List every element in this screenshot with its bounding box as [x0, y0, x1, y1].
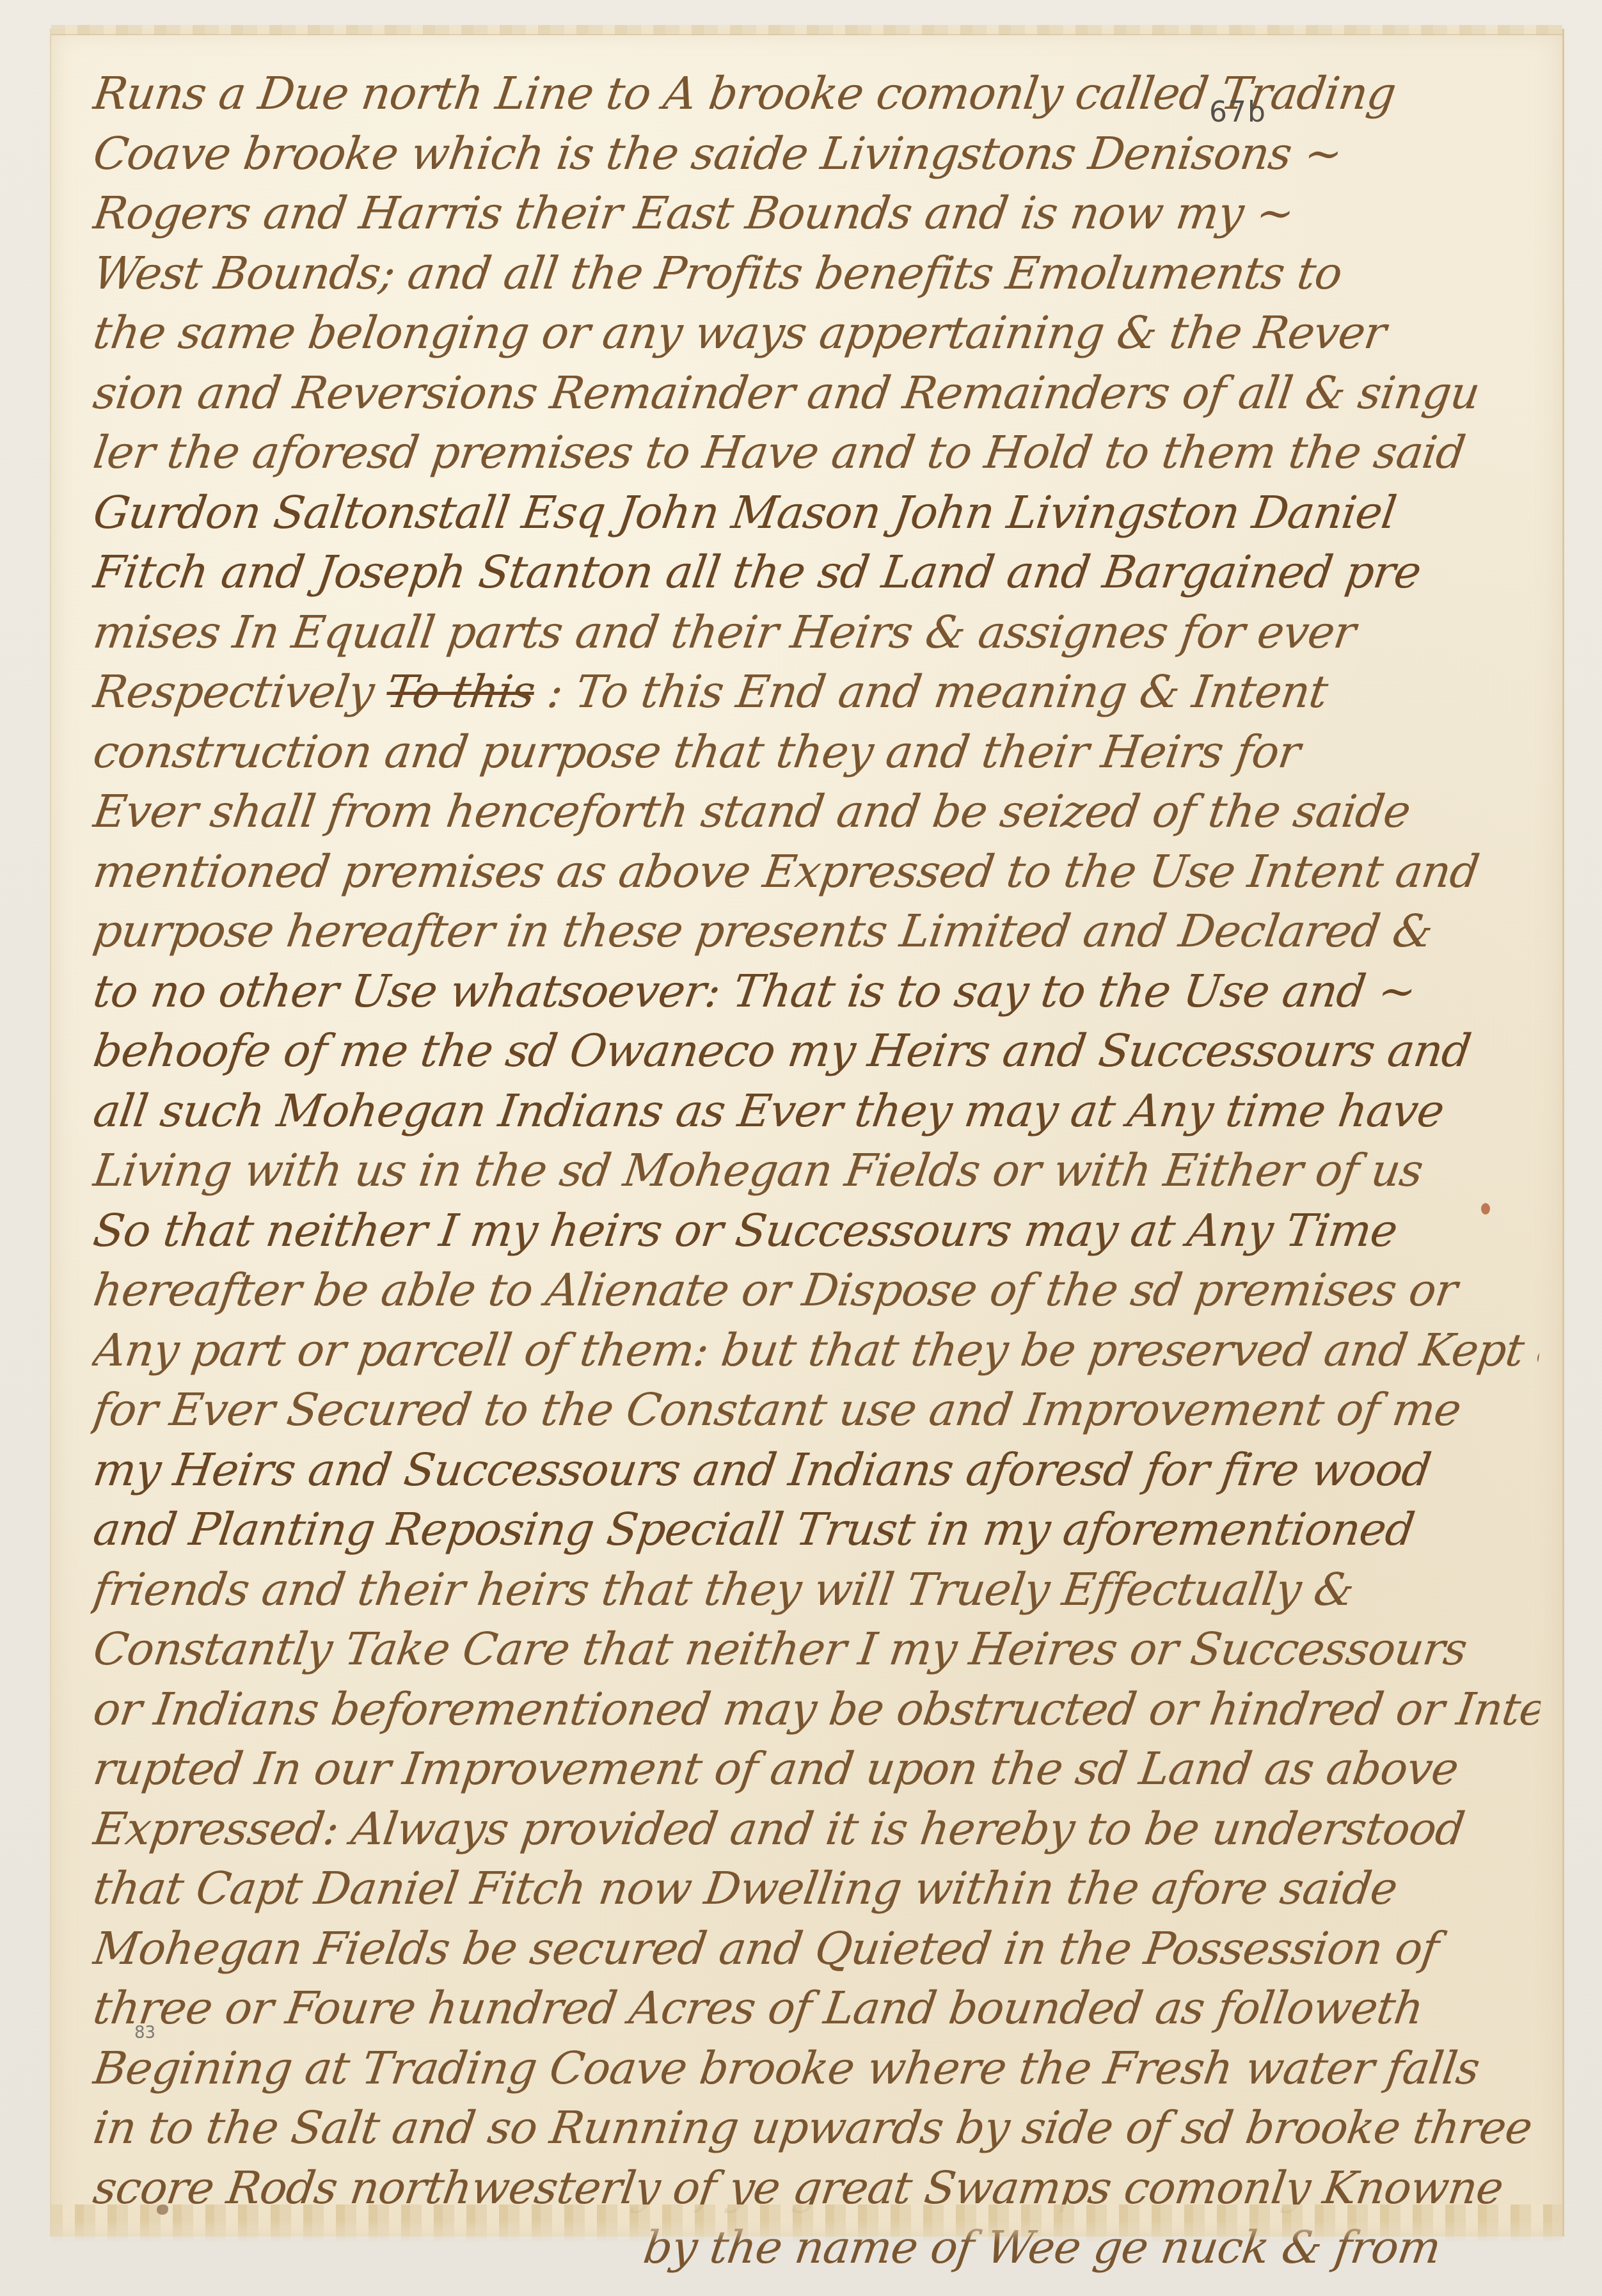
- text-line-35: in to the Salt and so Running upwards by…: [90, 2098, 1544, 2158]
- text-line-3: Rogers and Harris their East Bounds and …: [90, 184, 1544, 244]
- text-line-33: three or Foure hundred Acres of Land bou…: [90, 1979, 1544, 2039]
- text-line-1: Runs a Due north Line to A brooke comonl…: [90, 64, 1544, 124]
- text-line-6: sion and Reversions Remainder and Remain…: [90, 363, 1544, 424]
- text-line-13: Ever shall from henceforth stand and be …: [90, 782, 1544, 842]
- ink-blot: [157, 2204, 168, 2215]
- text-line-20: So that neither I my heirs or Successour…: [90, 1201, 1544, 1261]
- text-line-9: Fitch and Joseph Stanton all the sd Land…: [90, 543, 1544, 603]
- text-line-16: to no other Use whatsoever: That is to s…: [90, 962, 1544, 1022]
- text-line-29: rupted In our Improvement of and upon th…: [90, 1739, 1544, 1799]
- text-line-36: score Rods northwesterly of ye great Swa…: [90, 2158, 1544, 2219]
- text-line-17: behoofe of me the sd Owaneco my Heirs an…: [90, 1021, 1544, 1081]
- red-ink-spot: [1481, 1203, 1490, 1215]
- manuscript-page: Runs a Due north Line to A brooke comonl…: [50, 29, 1564, 2236]
- text-line-26: friends and their heirs that they will T…: [90, 1560, 1544, 1620]
- text-line-31: that Capt Daniel Fitch now Dwelling with…: [90, 1859, 1544, 1919]
- text-line-19: Living with us in the sd Mohegan Fields …: [90, 1141, 1544, 1201]
- text-line-25: and Planting Reposing Speciall Trust in …: [90, 1500, 1544, 1560]
- text-line-18: all such Mohegan Indians as Ever they ma…: [90, 1081, 1544, 1142]
- text-line-23: for Ever Secured to the Constant use and…: [90, 1380, 1544, 1440]
- text-line-7: ler the aforesd premises to Have and to …: [90, 423, 1544, 483]
- text-line-22: Any part or parcell of them: but that th…: [90, 1321, 1544, 1381]
- text-line-32: Mohegan Fields be secured and Quieted in…: [90, 1919, 1544, 1979]
- text-line-8: Gurdon Saltonstall Esq John Mason John L…: [90, 483, 1544, 543]
- text-line-5: the same belonging or any ways appertain…: [90, 303, 1544, 363]
- text-line-37: by the name of Wee ge nuck & from: [90, 2218, 1544, 2278]
- text-line-11-end: : To this End and meaning & Intent: [530, 666, 1330, 718]
- handwritten-text-body: Runs a Due north Line to A brooke comonl…: [90, 64, 1535, 2278]
- folio-number: 67b: [1209, 96, 1267, 129]
- text-line-11-start: Respectively: [90, 666, 391, 718]
- text-line-2: Coave brooke which is the saide Livingst…: [90, 124, 1544, 184]
- text-line-11: Respectively To this : To this End and m…: [90, 662, 1544, 722]
- text-line-4: West Bounds; and all the Profits benefit…: [90, 244, 1544, 304]
- text-line-28: or Indians beforementioned may be obstru…: [90, 1680, 1544, 1740]
- struck-out-word: To this: [383, 666, 538, 718]
- text-line-21: hereafter be able to Alienate or Dispose…: [90, 1261, 1544, 1321]
- text-line-15: purpose hereafter in these presents Limi…: [90, 902, 1544, 962]
- text-line-10: mises In Equall parts and their Heirs & …: [90, 603, 1544, 663]
- text-line-12: construction and purpose that they and t…: [90, 722, 1544, 783]
- text-line-30: Expressed: Always provided and it is her…: [90, 1799, 1544, 1860]
- text-line-24: my Heirs and Successours and Indians afo…: [90, 1440, 1544, 1501]
- text-line-27: Constantly Take Care that neither I my H…: [90, 1620, 1544, 1680]
- margin-page-note: 83: [134, 2023, 155, 2043]
- text-line-14: mentioned premises as above Expressed to…: [90, 842, 1544, 902]
- text-line-34: Begining at Trading Coave brooke where t…: [90, 2039, 1544, 2099]
